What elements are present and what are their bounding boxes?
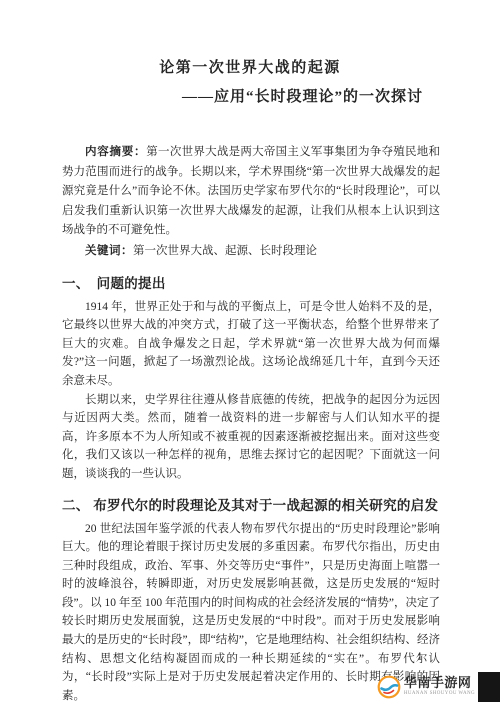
document-page: 论第一次世界大战的起源 ——应用“长时段理论”的一次探讨 内容摘要：第一次世界大… [0,0,500,707]
site-logo-icon [377,675,401,699]
watermark-black-block [478,672,500,702]
keywords-line: 关键词：第一次世界大战、起源、长时段理论 [62,242,440,262]
site-subtext: HUANAN SHOUYOU WANG [404,690,475,697]
site-logo-text: 华南手游网 HUANAN SHOUYOU WANG [404,676,475,697]
title-block: 论第一次世界大战的起源 ——应用“长时段理论”的一次探讨 [0,60,500,106]
document-body: 内容摘要：第一次世界大战是两大帝国主义军事集团为争夺殖民地和势力范围而进行的战争… [62,143,440,705]
site-name: 华南手游网 [404,676,475,690]
keywords-text: 第一次世界大战、起源、长时段理论 [133,245,317,257]
keywords-label: 关键词： [85,245,133,257]
page-title: 论第一次世界大战的起源 [0,60,500,77]
abstract-text: 第一次世界大战是两大帝国主义军事集团为争夺殖民地和势力范围而进行的战争。长期以来… [62,146,440,236]
page-subtitle: ——应用“长时段理论”的一次探讨 [0,89,500,106]
section-1-heading: 一、 问题的提出 [62,274,440,294]
section-1-paragraph-2: 长期以来，史学界往往遵从修昔底德的传统，把战争的起因分为远因与近因两大类。然而，… [62,391,440,484]
site-watermark: 华南手游网 HUANAN SHOUYOU WANG [377,671,500,702]
page-number: 1 [417,651,423,663]
section-1-paragraph-1: 1914 年，世界正处于和与战的平衡点上，可是令世人始料不及的是，它最终以世界大… [62,298,440,391]
section-2-heading: 二、 布罗代尔的时段理论及其对于一战起源的相关研究的启发 [62,496,440,516]
abstract-paragraph: 内容摘要：第一次世界大战是两大帝国主义军事集团为争夺殖民地和势力范围而进行的战争… [62,143,440,241]
abstract-label: 内容摘要： [85,146,146,158]
